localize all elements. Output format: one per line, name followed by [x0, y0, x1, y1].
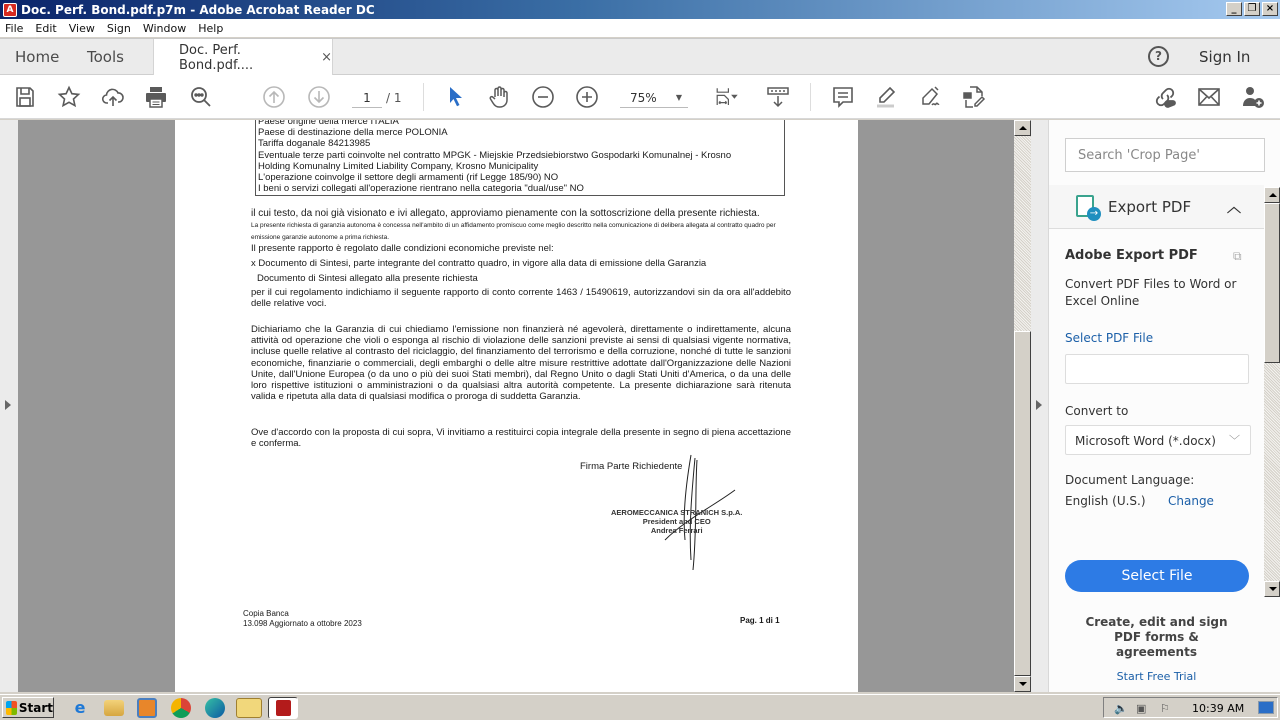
online-service-icon: ⧉	[1233, 249, 1247, 263]
closing-text: Ove d'accordo con la proposta di cui sop…	[251, 427, 791, 449]
help-icon[interactable]: ?	[1148, 46, 1169, 67]
tools-pane-scrollbar[interactable]	[1264, 187, 1280, 597]
tab-bar: Home Tools Doc. Perf. Bond.pdf.... × ? S…	[0, 38, 1280, 75]
minimize-button[interactable]: _	[1226, 2, 1242, 16]
doc-language-label: Document Language:	[1065, 473, 1194, 487]
menu-edit[interactable]: Edit	[35, 22, 56, 35]
chevron-down-icon: ▼	[676, 88, 682, 108]
start-label: Start	[19, 701, 53, 715]
zoom-out-icon[interactable]	[530, 85, 556, 109]
approval-line: il cui testo, da noi già visionato e ivi…	[251, 208, 781, 219]
account-text: per il cui regolamento indichiamo il seg…	[251, 287, 791, 309]
scroll-up-button[interactable]	[1014, 120, 1031, 136]
page-down-icon[interactable]	[306, 85, 332, 109]
goods-origin-line: Paese origine della merce ITALIA	[256, 120, 784, 127]
customs-tariff-line: Tariffa doganale 84213985	[256, 138, 784, 149]
convert-format-value: Microsoft Word (*.docx)	[1075, 434, 1216, 448]
close-button[interactable]: ×	[1262, 2, 1278, 16]
footer-copy-label: Copia Banca	[243, 609, 362, 619]
toolbar-divider	[810, 83, 811, 111]
network-icon[interactable]: ▣	[1136, 702, 1146, 715]
menu-bar: File Edit View Sign Window Help	[0, 19, 1280, 37]
collapse-right-panel-icon[interactable]	[1036, 400, 1042, 410]
volume-icon[interactable]: 🔈	[1114, 702, 1128, 715]
footer-page-number: Pag. 1 di 1	[740, 616, 780, 625]
media-player-icon[interactable]	[137, 698, 157, 718]
acrobat-icon	[276, 700, 291, 716]
tab-tools[interactable]: Tools	[87, 48, 124, 66]
title-bar: A Doc. Perf. Bond.pdf.p7m - Adobe Acroba…	[0, 0, 1280, 19]
scroll-mode-icon[interactable]	[765, 85, 791, 109]
start-free-trial-link[interactable]: Start Free Trial	[1049, 670, 1264, 683]
chevron-up-icon[interactable]: ︿	[1227, 197, 1241, 217]
pane-scroll-up-button[interactable]	[1264, 187, 1280, 203]
document-scrollbar[interactable]	[1014, 120, 1031, 692]
norton-icon[interactable]	[236, 698, 262, 718]
acrobat-taskbar-button[interactable]	[268, 697, 298, 719]
promo-section: Create, edit and sign PDF forms & agreem…	[1049, 615, 1264, 683]
goods-destination-line: Paese di destinazione della merce POLONI…	[256, 127, 784, 138]
window-title: Doc. Perf. Bond.pdf.p7m - Adobe Acrobat …	[21, 3, 375, 17]
export-heading: Adobe Export PDF	[1065, 248, 1198, 263]
close-tab-icon[interactable]: ×	[321, 50, 332, 65]
promo-text: Create, edit and sign PDF forms & agreem…	[1049, 615, 1264, 660]
edit-pdf-icon[interactable]	[961, 85, 987, 109]
fit-page-icon[interactable]	[708, 85, 744, 109]
pdf-page: Paese origine della merce ITALIA Paese d…	[175, 120, 858, 692]
page-up-icon[interactable]	[261, 85, 287, 109]
option-checked: x Documento di Sintesi, parte integrante…	[251, 258, 781, 269]
scroll-down-button[interactable]	[1014, 676, 1031, 692]
footer-form-version: 13.098 Aggiornato a ottobre 2023	[243, 619, 362, 629]
toolbar: 1 / 1 75% ▼	[0, 75, 1280, 119]
sign-icon[interactable]	[917, 85, 943, 109]
conditions-intro: Il presente rapporto è regolato dalle co…	[251, 243, 781, 254]
pane-scroll-thumb[interactable]	[1264, 203, 1280, 363]
stamp-title: President and CEO	[611, 517, 742, 526]
print-icon[interactable]	[143, 85, 169, 109]
internet-explorer-icon[interactable]: e	[70, 698, 90, 718]
start-button[interactable]: Start	[2, 697, 54, 718]
find-zoom-icon[interactable]	[188, 85, 214, 109]
doc-language-value: English (U.S.)	[1065, 494, 1146, 508]
stamp-name: Andrea Ferrari	[611, 526, 742, 535]
windows-logo-icon	[6, 701, 17, 715]
convert-to-label: Convert to	[1065, 404, 1128, 418]
edge-icon[interactable]	[205, 698, 225, 718]
toolbar-divider	[423, 83, 424, 111]
export-pdf-title: Export PDF	[1108, 198, 1191, 216]
select-cursor-icon[interactable]	[443, 85, 469, 109]
save-icon[interactable]	[12, 85, 38, 109]
menu-sign[interactable]: Sign	[107, 22, 131, 35]
export-description: Convert PDF Files to Word or Excel Onlin…	[1065, 276, 1245, 310]
right-panel-toggle[interactable]	[1031, 120, 1049, 692]
highlight-icon[interactable]	[873, 85, 899, 109]
tab-document[interactable]: Doc. Perf. Bond.pdf.... ×	[153, 39, 333, 76]
page-total: / 1	[386, 88, 402, 108]
tools-pane: Search 'Crop Page' Export PDF ︿ Adobe Ex…	[1049, 120, 1280, 692]
chrome-icon[interactable]	[171, 698, 191, 718]
hand-icon[interactable]	[486, 85, 512, 109]
stamp-company: AEROMECCANICA STRANICH S.p.A.	[611, 508, 742, 517]
menu-help[interactable]: Help	[198, 22, 223, 35]
export-pdf-header[interactable]: Export PDF ︿	[1049, 185, 1264, 229]
system-tray: 🔈 ▣ ⚐ 10:39 AM	[1103, 697, 1278, 718]
file-explorer-icon[interactable]	[104, 700, 124, 716]
armaments-line: L'operazione coinvolge il settore degli …	[256, 172, 784, 183]
page-number-input[interactable]: 1	[352, 88, 382, 108]
menu-view[interactable]: View	[69, 22, 95, 35]
zoom-level-value: 75%	[630, 91, 657, 105]
zoom-level-select[interactable]: 75% ▼	[620, 88, 688, 108]
upload-cloud-icon[interactable]	[100, 85, 126, 109]
expand-left-panel-icon[interactable]	[5, 400, 11, 410]
chevron-down-icon: ﹀	[1229, 432, 1240, 448]
zoom-in-icon[interactable]	[574, 85, 600, 109]
tab-home[interactable]: Home	[15, 48, 59, 66]
export-pdf-icon	[1076, 195, 1094, 217]
add-user-icon[interactable]	[1240, 85, 1266, 109]
small-note: La presente richiesta di garanzia autono…	[251, 220, 791, 244]
email-icon[interactable]	[1196, 85, 1222, 109]
company-stamp: AEROMECCANICA STRANICH S.p.A. President …	[611, 508, 742, 535]
dual-use-line: I beni o servizi collegati all'operazion…	[256, 183, 784, 194]
convert-format-select[interactable]: Microsoft Word (*.docx) ﹀	[1065, 425, 1251, 455]
select-pdf-file-link[interactable]: Select PDF File	[1065, 331, 1153, 345]
bookmark-star-icon[interactable]	[56, 85, 82, 109]
change-language-link[interactable]: Change	[1168, 494, 1214, 508]
taskbar: Start e 🔈 ▣ ⚐ 10:39 AM	[0, 694, 1280, 720]
document-tab-label: Doc. Perf. Bond.pdf....	[179, 43, 313, 73]
clock[interactable]: 10:39 AM	[1192, 702, 1244, 715]
restore-button[interactable]: ❐	[1244, 2, 1260, 16]
show-desktop-icon[interactable]	[1258, 701, 1274, 714]
share-link-icon[interactable]	[1152, 85, 1178, 109]
footer-left: Copia Banca 13.098 Aggiornato a ottobre …	[243, 609, 362, 629]
declaration-text: Dichiariamo che la Garanzia di cui chied…	[251, 324, 791, 402]
menu-file[interactable]: File	[5, 22, 23, 35]
pane-scroll-down-button[interactable]	[1264, 581, 1280, 597]
third-parties-line-cont: Holding Komunalny Limited Liability Comp…	[256, 161, 784, 172]
goods-info-box: Paese origine della merce ITALIA Paese d…	[255, 120, 785, 196]
third-parties-line: Eventuale terze parti coinvolte nel cont…	[256, 150, 784, 161]
option-unchecked: Documento di Sintesi allegato alla prese…	[257, 273, 777, 284]
select-file-button[interactable]: Select File	[1065, 560, 1249, 592]
menu-window[interactable]: Window	[143, 22, 186, 35]
pdf-file-field[interactable]	[1065, 354, 1249, 384]
sign-in-button[interactable]: Sign In	[1199, 48, 1250, 66]
comment-icon[interactable]	[830, 85, 856, 109]
document-viewport[interactable]: Paese origine della merce ITALIA Paese d…	[18, 120, 1014, 692]
action-center-flag-icon[interactable]: ⚐	[1160, 702, 1170, 715]
scroll-thumb[interactable]	[1014, 331, 1031, 676]
acrobat-app-icon: A	[3, 3, 17, 17]
left-panel-toggle[interactable]	[0, 120, 18, 692]
tools-search-input[interactable]: Search 'Crop Page'	[1065, 138, 1265, 172]
